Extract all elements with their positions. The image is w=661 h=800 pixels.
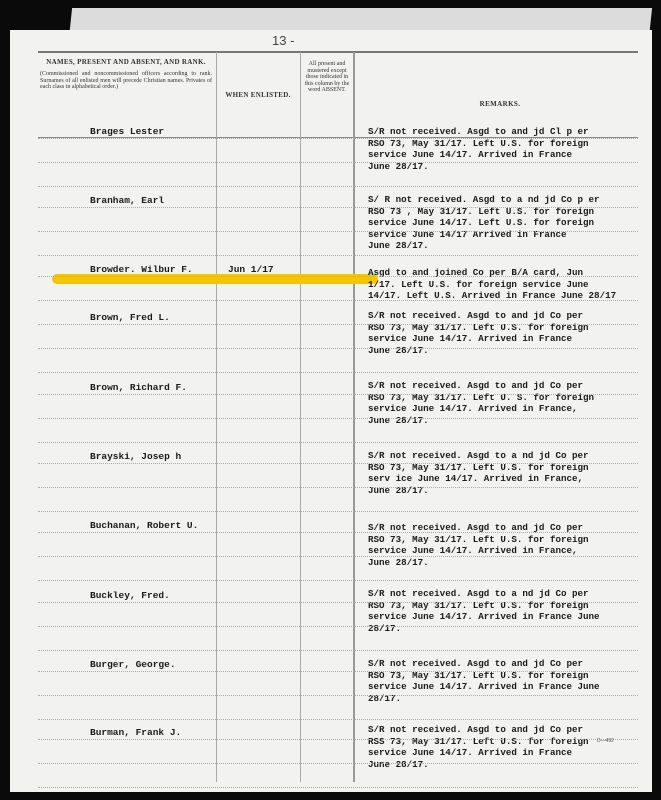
remarks-text: S/R not received. Asgd to and jd Co per …	[368, 380, 648, 426]
row-rule	[38, 626, 638, 627]
form-code: D—492	[597, 738, 614, 744]
row-rule	[38, 719, 638, 720]
remarks-text: S/R not received. Asgd to a nd jd Co per…	[368, 588, 648, 634]
row-rule	[38, 556, 638, 557]
enlisted-date: Jun 1/17	[228, 264, 274, 275]
soldier-name: Burger, George.	[90, 659, 176, 670]
row-rule	[38, 580, 638, 581]
soldier-name: Buckley, Fred.	[90, 590, 170, 601]
row-rule	[38, 418, 638, 419]
muster-roll-page: 13 - NAMES, PRESENT AND ABSENT, AND RANK…	[10, 30, 652, 792]
row-rule	[38, 602, 638, 603]
remarks-text: S/R not received. Asgd to and jd Cl p er…	[368, 126, 648, 172]
row-rule	[38, 532, 638, 533]
row-rule	[38, 372, 638, 373]
row-rule	[38, 739, 638, 740]
soldier-name: Brown, Richard F.	[90, 382, 187, 393]
row-rule	[38, 138, 638, 139]
row-rule	[38, 207, 638, 208]
row-rule	[38, 763, 638, 764]
present-column-header: All present and mustered except those in…	[302, 61, 352, 94]
row-rule	[38, 787, 638, 788]
when-enlisted-header: WHEN ENLISTED.	[216, 91, 300, 99]
top-rule	[38, 51, 638, 53]
row-rule	[38, 511, 638, 512]
row-rule	[38, 487, 638, 488]
row-rule	[38, 231, 638, 232]
soldier-name: Buchanan, Robert U.	[90, 520, 198, 531]
soldier-name: Brages Lester	[90, 126, 164, 137]
remarks-text: S/ R not received. Asgd to a nd jd Co p …	[368, 194, 648, 252]
row-rule	[38, 324, 638, 325]
remarks-text: S/R not received. Asgd to a nd jd Co per…	[368, 450, 648, 496]
soldier-name: Browder. Wilbur F.	[90, 264, 193, 275]
soldier-name: Brayski, Josep h	[90, 451, 181, 462]
row-rule	[38, 348, 638, 349]
soldier-name: Burman, Frank J.	[90, 727, 181, 738]
remarks-text: S/R not received. Asgd to and jd Co per …	[368, 658, 648, 704]
row-rule	[38, 162, 638, 163]
row-rule	[38, 255, 638, 256]
row-rule	[38, 671, 638, 672]
row-rule	[38, 276, 638, 277]
row-rule	[38, 300, 638, 301]
soldier-name: Branham, Earl	[90, 195, 164, 206]
row-rule	[38, 186, 638, 187]
names-header-title: NAMES, PRESENT AND ABSENT, AND RANK.	[38, 59, 214, 66]
row-rule	[38, 650, 638, 651]
names-header-instructions: (Commissioned and noncommissioned office…	[38, 71, 214, 91]
soldier-name: Brown, Fred L.	[90, 312, 170, 323]
row-rule	[38, 463, 638, 464]
row-rule	[38, 442, 638, 443]
names-column-header: NAMES, PRESENT AND ABSENT, AND RANK. (Co…	[38, 59, 214, 91]
remarks-text: S/R not received. Asgd to and jd Co per …	[368, 310, 648, 356]
remarks-text: S/R not received. Asgd to and jd Co per …	[368, 522, 648, 568]
row-rule	[38, 394, 638, 395]
row-rule	[38, 695, 638, 696]
remarks-text: Asgd to and joined Co per B/A card, Jun …	[368, 267, 648, 302]
remarks-header: REMARKS.	[355, 100, 645, 108]
page-number: 13 -	[272, 33, 294, 48]
